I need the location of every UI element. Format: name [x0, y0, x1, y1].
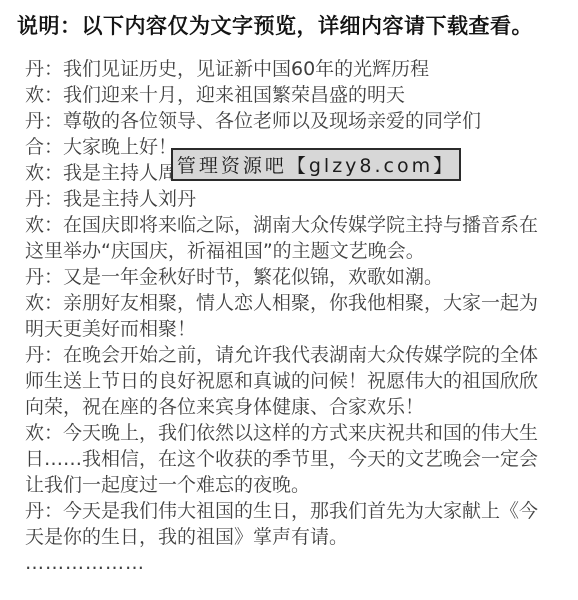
script-line: 丹：在晚会开始之前，请允许我代表湖南大众传媒学院的全体: [25, 342, 570, 368]
script-line: 向荣，祝在座的各位来宾身体健康、合家欢乐！: [25, 394, 570, 420]
script-line: 天是你的生日，我的祖国》掌声有请。: [25, 524, 570, 550]
script-line: 丹：又是一年金秋好时节，繁花似锦，欢歌如潮。: [25, 264, 570, 290]
script-line: 欢：今天晚上，我们依然以这样的方式来庆祝共和国的伟大生: [25, 420, 570, 446]
script-line: 欢：亲朋好友相聚，情人恋人相聚，你我他相聚，大家一起为: [25, 290, 570, 316]
script-line: 丹：今天是我们伟大祖国的生日，那我们首先为大家献上《今: [25, 498, 570, 524]
script-line: 丹：我是主持人刘丹: [25, 186, 570, 212]
preview-notice: 说明：以下内容仅为文字预览，详细内容请下载查看。: [17, 12, 533, 40]
watermark-badge: 管理资源吧【glzy8.com】: [171, 148, 461, 181]
script-line: 让我们一起度过一个难忘的夜晚。: [25, 472, 570, 498]
script-line: 日……我相信，在这个收获的季节里，今天的文艺晚会一定会: [25, 446, 570, 472]
script-line: 欢：在国庆即将来临之际，湖南大众传媒学院主持与播音系在: [25, 212, 570, 238]
script-line: 丹：尊敬的各位领导、各位老师以及现场亲爱的同学们: [25, 108, 570, 134]
script-line: 欢：我们迎来十月，迎来祖国繁荣昌盛的明天: [25, 82, 570, 108]
script-line: 丹：我们见证历史，见证新中国60年的光辉历程: [25, 56, 570, 82]
script-line: 明天更美好而相聚！: [25, 316, 570, 342]
ellipsis-line: ………………: [25, 550, 570, 576]
script-line: 这里举办“庆国庆，祈福祖国”的主题文艺晚会。: [25, 238, 570, 264]
script-text-block: 丹：我们见证历史，见证新中国60年的光辉历程 欢：我们迎来十月，迎来祖国繁荣昌盛…: [25, 56, 570, 576]
script-line: 师生送上节日的良好祝愿和真诚的问候！祝愿伟大的祖国欣欣: [25, 368, 570, 394]
